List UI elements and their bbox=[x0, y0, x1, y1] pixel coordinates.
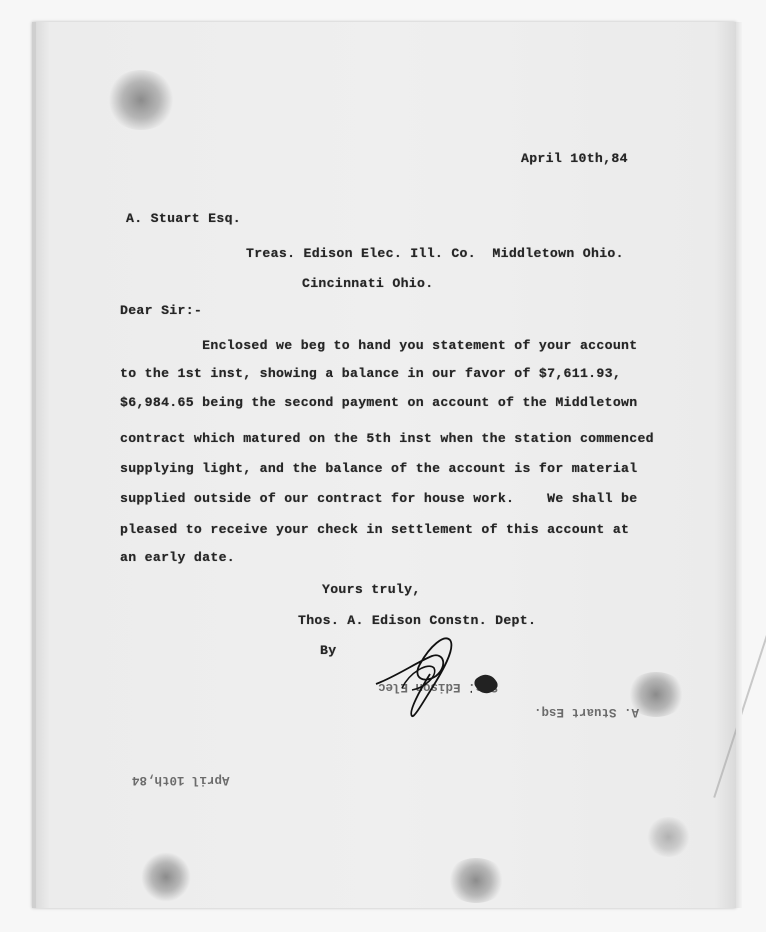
body-line: supplied outside of our contract for hou… bbox=[120, 491, 637, 506]
paper-crease bbox=[713, 626, 766, 798]
body-line: an early date. bbox=[120, 550, 235, 565]
body-line: supplying light, and the balance of the … bbox=[120, 461, 637, 476]
offset-text-stuart: A. Stuart Esq. bbox=[534, 705, 639, 719]
by-label: By bbox=[320, 643, 336, 658]
salutation: Dear Sir:- bbox=[120, 303, 202, 318]
ink-smudge bbox=[106, 70, 176, 130]
ink-smudge bbox=[446, 858, 506, 903]
body-line: contract which matured on the 5th inst w… bbox=[120, 431, 654, 446]
recipient-city: Cincinnati Ohio. bbox=[302, 276, 433, 291]
ink-smudge bbox=[141, 852, 191, 902]
signature-block: Thos. A. Edison Constn. Dept. bbox=[298, 613, 536, 628]
body-line: Enclosed we beg to hand you statement of… bbox=[120, 338, 637, 353]
recipient-name: A. Stuart Esq. bbox=[126, 211, 241, 226]
handwritten-signature bbox=[372, 632, 472, 722]
body-line: $6,984.65 being the second payment on ac… bbox=[120, 395, 637, 410]
recipient-title: Treas. Edison Elec. Ill. Co. Middletown … bbox=[246, 246, 624, 261]
offset-text-date: April 10th,84 bbox=[132, 773, 230, 787]
closing: Yours truly, bbox=[322, 582, 421, 597]
letter-date: April 10th,84 bbox=[521, 151, 628, 166]
ink-smudge bbox=[646, 817, 691, 857]
body-line: to the 1st inst, showing a balance in ou… bbox=[120, 366, 621, 381]
body-line: pleased to receive your check in settlem… bbox=[120, 522, 629, 537]
